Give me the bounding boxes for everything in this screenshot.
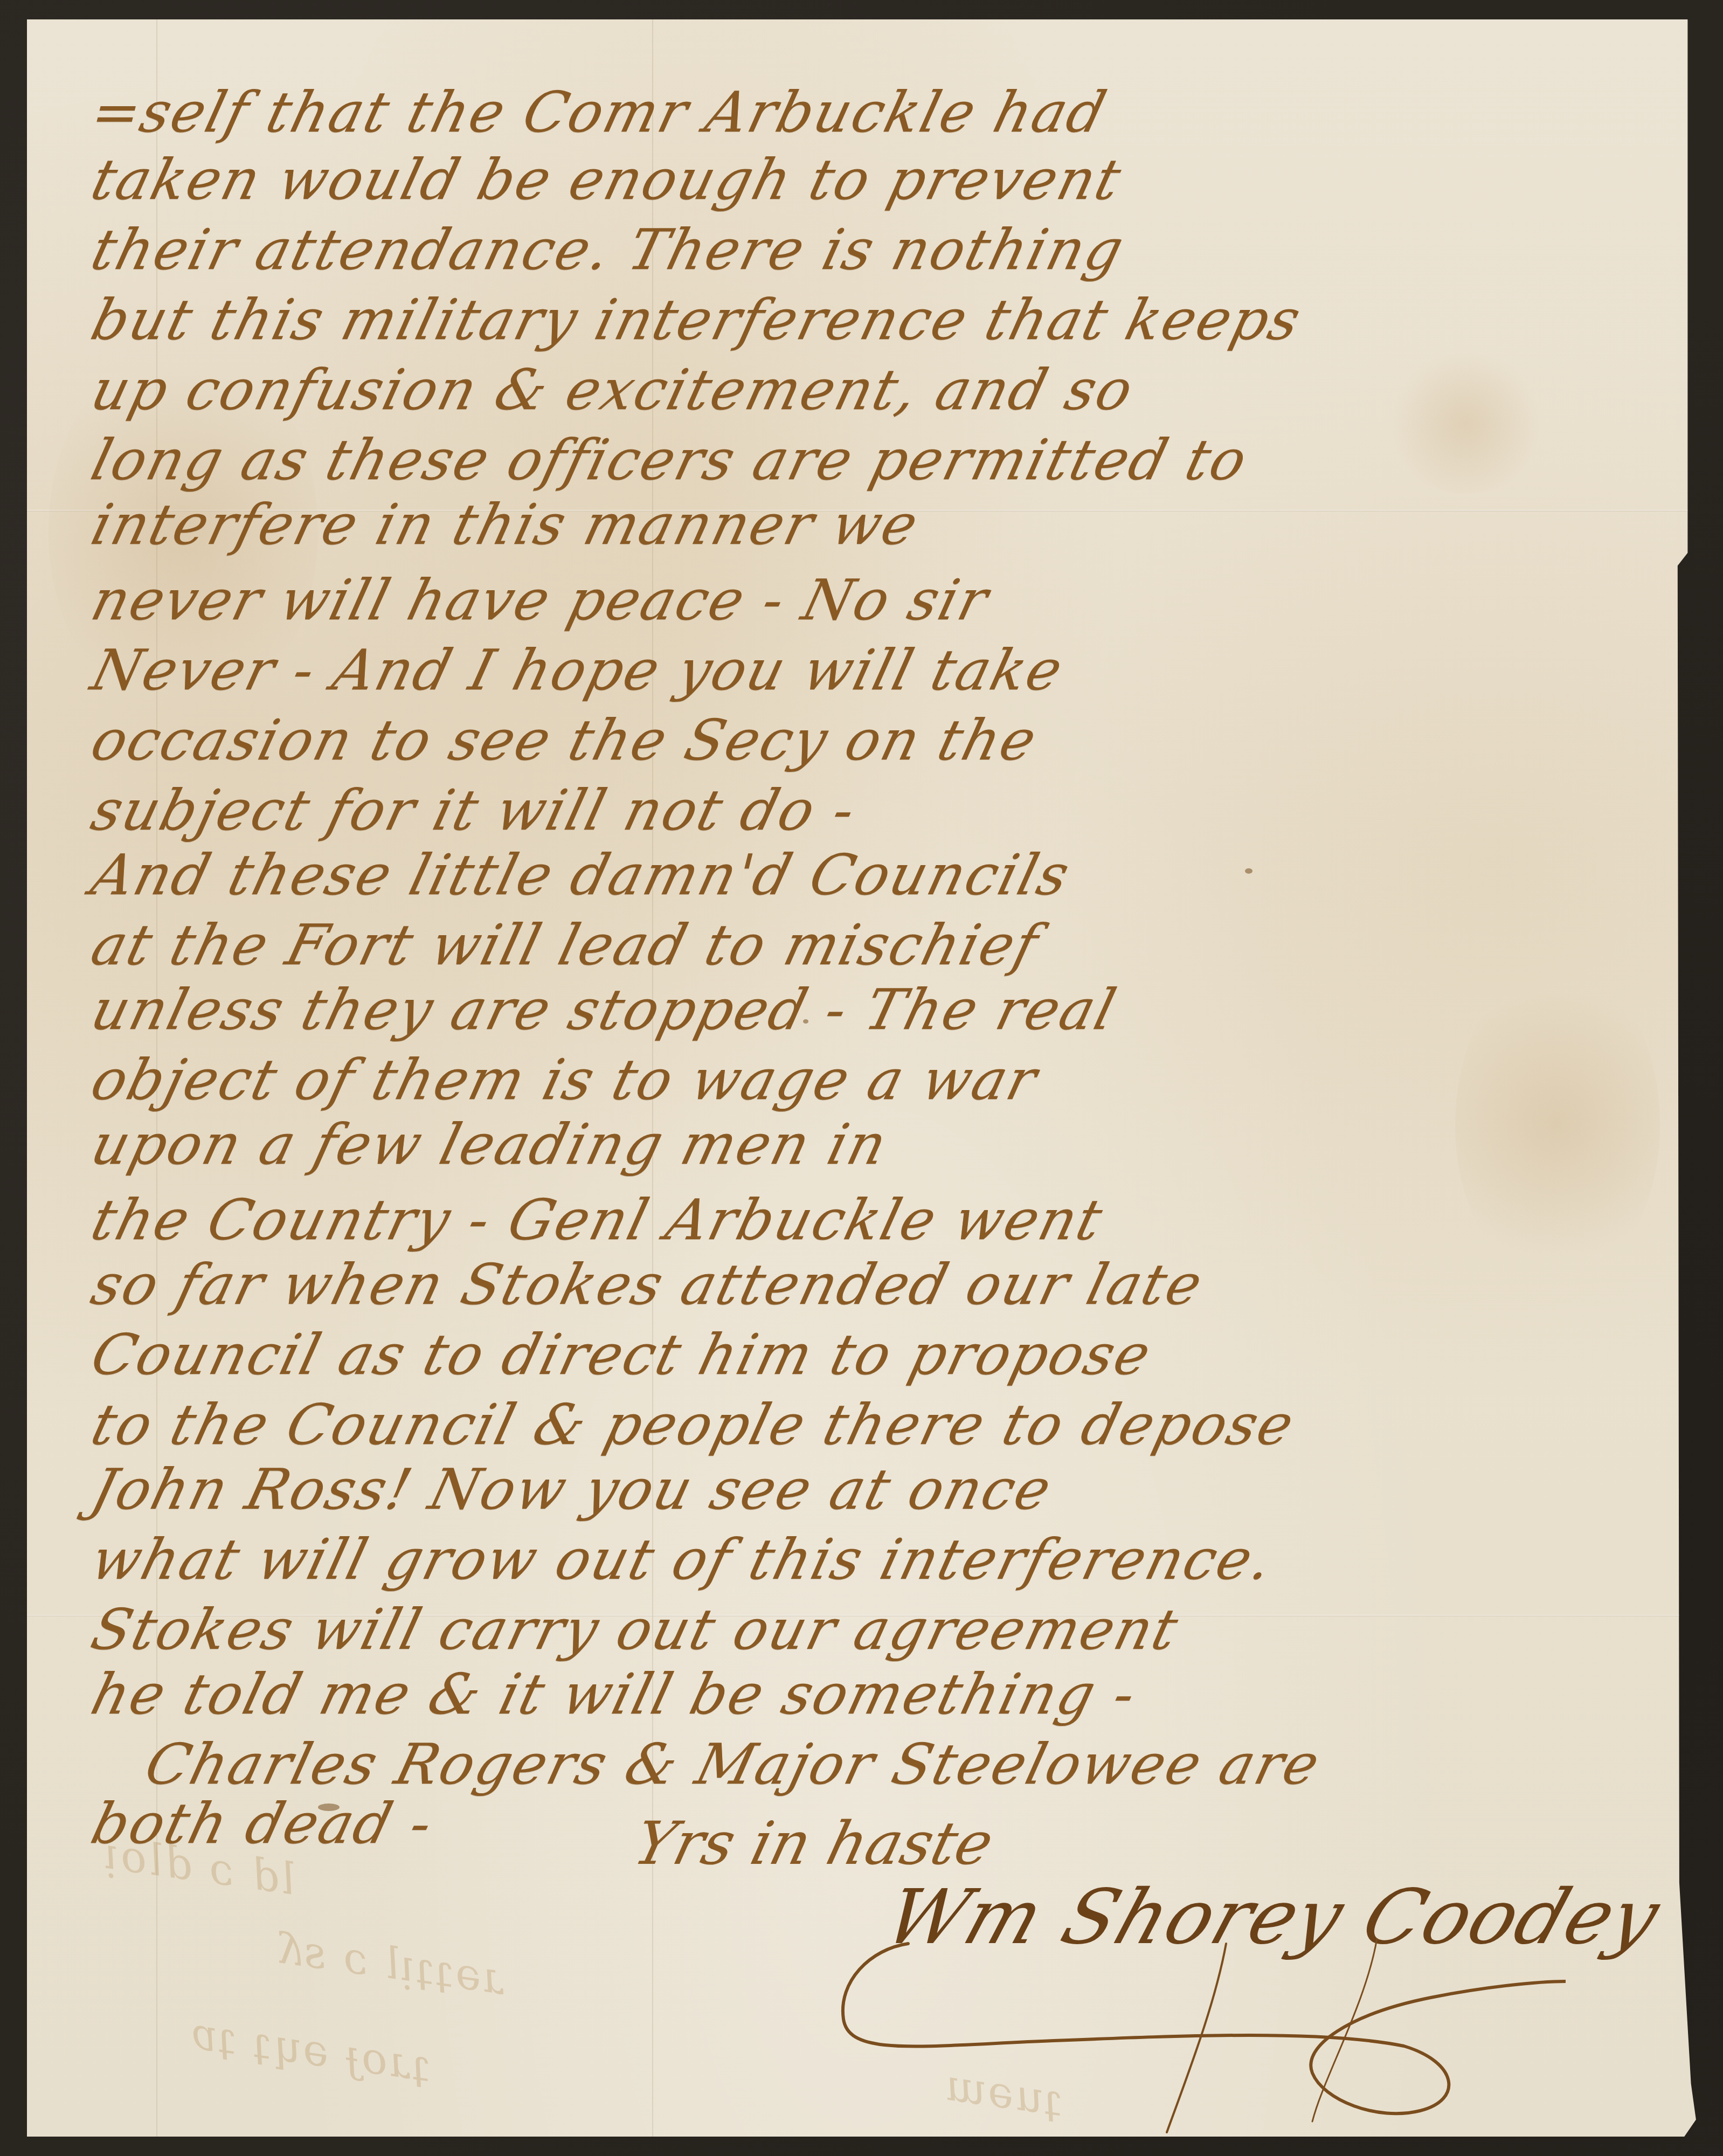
letter-line: their attendance. There is nothing <box>86 222 1130 278</box>
letter-line: interfere in this manner we <box>86 496 925 552</box>
letter-line: Charles Rogers & Major Steelowee are <box>140 1736 1326 1792</box>
letter-line: both dead - <box>86 1795 439 1851</box>
letter-line: unless they are stopped - The real <box>86 982 1123 1038</box>
letter-closing: Yrs in haste <box>627 1809 1000 1878</box>
letter-line: long as these officers are permitted to <box>86 432 1254 488</box>
ink-speck <box>1245 868 1253 874</box>
letter-line: but this military interference that keep… <box>86 292 1307 348</box>
signature-flourish <box>838 1938 1566 2143</box>
letter-line: up confusion & excitement, and so <box>86 362 1139 418</box>
ink-speck <box>803 1019 808 1024</box>
letter-line: the Country - Genl Arbuckle went <box>86 1192 1109 1248</box>
letter-line: so far when Stokes attended our late <box>86 1256 1209 1312</box>
letter-line: =self that the Comr Arbuckle had <box>86 84 1112 140</box>
letter-line: Council as to direct him to propose <box>86 1326 1157 1383</box>
letter-line: object of them is to wage a war <box>86 1052 1043 1108</box>
letter-line: subject for it will not do - <box>86 782 862 838</box>
letter-line: Never - And I hope you will take <box>86 642 1069 698</box>
letter-line: John Ross! Now you see at once <box>86 1461 1058 1517</box>
letter-line: Stokes will carry out our agreement <box>86 1601 1185 1657</box>
letter-page: ld ɔ dloᴉ ɹǝʇʇᴉl ɔ sʎ ʇɹoɟ ǝɥʇ ʇɐ ʇuǝɯ =… <box>27 19 1698 2137</box>
letter-line: And these little damn'd Councils <box>86 847 1076 903</box>
letter-line: what will grow out of this interference. <box>86 1531 1279 1587</box>
letter-line: to the Council & people there to depose <box>86 1397 1300 1453</box>
ink-dash <box>318 1803 340 1811</box>
letter-line: he told me & it will be something - <box>86 1666 1143 1722</box>
letter-line: never will have peace - No sir <box>86 572 995 628</box>
letter-line: at the Fort will lead to mischief <box>86 917 1044 973</box>
letter-line: taken would be enough to prevent <box>86 151 1127 208</box>
letter-line: upon a few leading men in <box>86 1116 894 1172</box>
letter-line: occasion to see the Secy on the <box>86 712 1043 768</box>
